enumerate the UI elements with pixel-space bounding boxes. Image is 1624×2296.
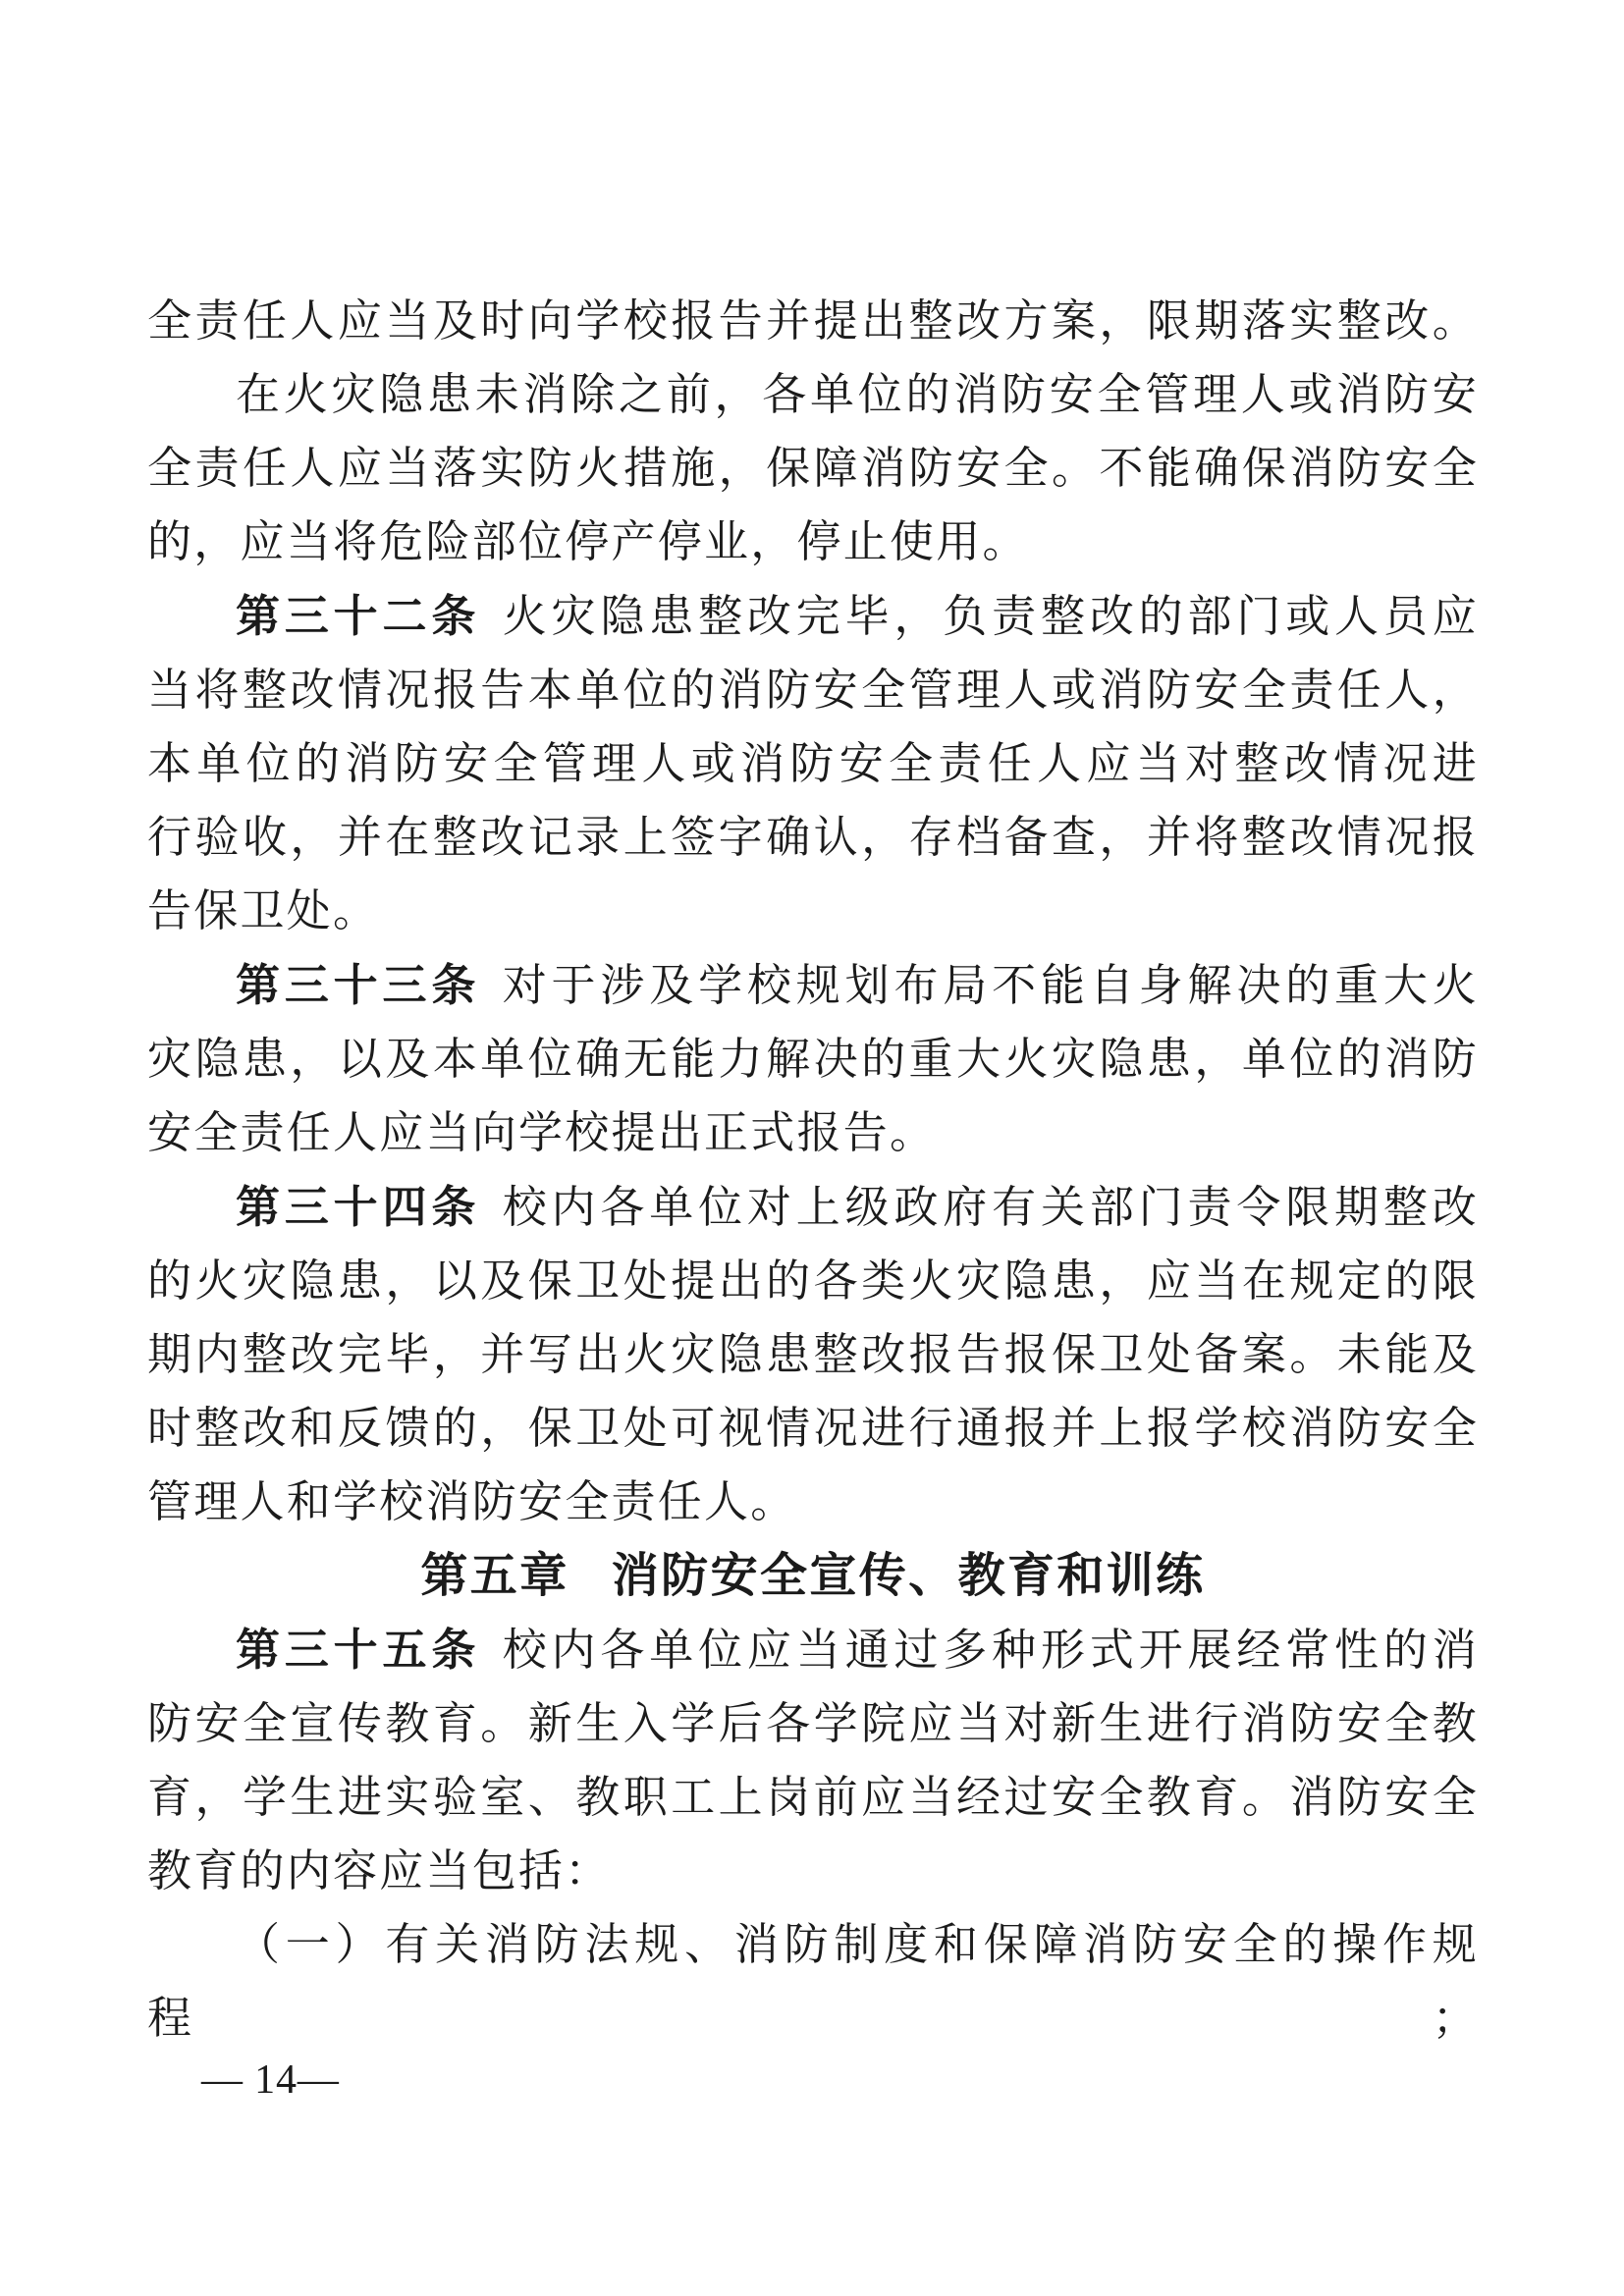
text-column: 全责任人应当及时向学校报告并提出整改方案，限期落实整改。 在火灾隐患未消除之前，… bbox=[147, 285, 1479, 2056]
body-line-text: 行验收，并在整改记录上签字确认，存档备查，并将整改情况报 bbox=[147, 813, 1479, 862]
body-line-text: 育，学生进实验室、教职工上岗前应当经过安全教育。消防安全 bbox=[147, 1773, 1479, 1822]
body-line: 第三十三条对于涉及学校规划布局不能自身解决的重大火 bbox=[147, 948, 1479, 1023]
body-line: 安全责任人应当向学校提出正式报告。 bbox=[147, 1096, 1479, 1170]
body-line-text: （一）有关消防法规、消防制度和保障消防安全的操作规程； bbox=[147, 1920, 1479, 2043]
body-line: （一）有关消防法规、消防制度和保障消防安全的操作规程； bbox=[147, 1908, 1479, 2056]
body-line-text: 告保卫处。 bbox=[147, 886, 379, 935]
chapter-heading: 第五章消防安全宣传、教育和训练 bbox=[147, 1539, 1479, 1613]
body-line-text: 全责任人应当落实防火措施，保障消防安全。不能确保消防安全 bbox=[147, 444, 1479, 493]
body-line: 期内整改完毕，并写出火灾隐患整改报告报保卫处备案。未能及 bbox=[147, 1318, 1479, 1392]
document-page: 全责任人应当及时向学校报告并提出整改方案，限期落实整改。 在火灾隐患未消除之前，… bbox=[0, 0, 1624, 2296]
body-line-text: 校内各单位应当通过多种形式开展经常性的消 bbox=[503, 1626, 1479, 1675]
body-line-text: 教育的内容应当包括： bbox=[147, 1846, 612, 1896]
article-number: 第三十四条 bbox=[236, 1182, 480, 1232]
body-line: 全责任人应当及时向学校报告并提出整改方案，限期落实整改。 bbox=[147, 285, 1479, 358]
body-line-text: 全责任人应当及时向学校报告并提出整改方案，限期落实整改。 bbox=[147, 296, 1479, 346]
body-line: 全责任人应当落实防火措施，保障消防安全。不能确保消防安全 bbox=[147, 432, 1479, 506]
body-line: 的，应当将危险部位停产停业，停止使用。 bbox=[147, 506, 1479, 579]
body-line: 当将整改情况报告本单位的消防安全管理人或消防安全责任人， bbox=[147, 654, 1479, 727]
body-line: 第三十五条校内各单位应当通过多种形式开展经常性的消 bbox=[147, 1613, 1479, 1687]
body-line: 教育的内容应当包括： bbox=[147, 1835, 1479, 1908]
body-line-text: 灾隐患，以及本单位确无能力解决的重大火灾隐患，单位的消防 bbox=[147, 1035, 1479, 1084]
body-line: 第三十二条火灾隐患整改完毕，负责整改的部门或人员应 bbox=[147, 579, 1479, 654]
body-line: 第三十四条校内各单位对上级政府有关部门责令限期整改 bbox=[147, 1170, 1479, 1245]
body-line: 育，学生进实验室、教职工上岗前应当经过安全教育。消防安全 bbox=[147, 1761, 1479, 1835]
body-line: 行验收，并在整改记录上签字确认，存档备查，并将整改情况报 bbox=[147, 801, 1479, 875]
body-line: 灾隐患，以及本单位确无能力解决的重大火灾隐患，单位的消防 bbox=[147, 1023, 1479, 1096]
body-line: 时整改和反馈的，保卫处可视情况进行通报并上报学校消防安全 bbox=[147, 1392, 1479, 1466]
body-line-text: 校内各单位对上级政府有关部门责令限期整改 bbox=[503, 1183, 1479, 1232]
body-line-text: 在火灾隐患未消除之前，各单位的消防安全管理人或消防安 bbox=[236, 370, 1479, 419]
body-line-text: 对于涉及学校规划布局不能自身解决的重大火 bbox=[503, 961, 1479, 1010]
article-number: 第三十三条 bbox=[236, 960, 480, 1010]
chapter-title: 消防安全宣传、教育和训练 bbox=[612, 1550, 1206, 1602]
body-line-text: 火灾隐患整改完毕，负责整改的部门或人员应 bbox=[503, 592, 1479, 641]
article-number: 第三十二条 bbox=[236, 591, 480, 641]
body-line-text: 防安全宣传教育。新生入学后各学院应当对新生进行消防安全教 bbox=[147, 1699, 1479, 1748]
page-number: — 14— bbox=[201, 2059, 340, 2101]
body-line: 告保卫处。 bbox=[147, 875, 1479, 948]
body-line-text: 安全责任人应当向学校提出正式报告。 bbox=[147, 1108, 936, 1157]
body-line-text: 当将整改情况报告本单位的消防安全管理人或消防安全责任人， bbox=[147, 666, 1479, 715]
body-line-text: 本单位的消防安全管理人或消防安全责任人应当对整改情况进 bbox=[147, 739, 1479, 788]
chapter-label: 第五章 bbox=[420, 1550, 568, 1602]
body-line-text: 时整改和反馈的，保卫处可视情况进行通报并上报学校消防安全 bbox=[147, 1404, 1479, 1453]
body-line: 的火灾隐患，以及保卫处提出的各类火灾隐患，应当在规定的限 bbox=[147, 1245, 1479, 1318]
body-line-text: 的，应当将危险部位停产停业，停止使用。 bbox=[147, 517, 1029, 566]
body-line-text: 管理人和学校消防安全责任人。 bbox=[147, 1477, 797, 1526]
body-line-text: 的火灾隐患，以及保卫处提出的各类火灾隐患，应当在规定的限 bbox=[147, 1256, 1479, 1306]
body-line: 本单位的消防安全管理人或消防安全责任人应当对整改情况进 bbox=[147, 727, 1479, 801]
body-line-text: 期内整改完毕，并写出火灾隐患整改报告报保卫处备案。未能及 bbox=[147, 1330, 1479, 1379]
article-number: 第三十五条 bbox=[236, 1625, 480, 1675]
body-line: 防安全宣传教育。新生入学后各学院应当对新生进行消防安全教 bbox=[147, 1687, 1479, 1761]
body-line: 在火灾隐患未消除之前，各单位的消防安全管理人或消防安 bbox=[147, 358, 1479, 432]
body-line: 管理人和学校消防安全责任人。 bbox=[147, 1466, 1479, 1539]
